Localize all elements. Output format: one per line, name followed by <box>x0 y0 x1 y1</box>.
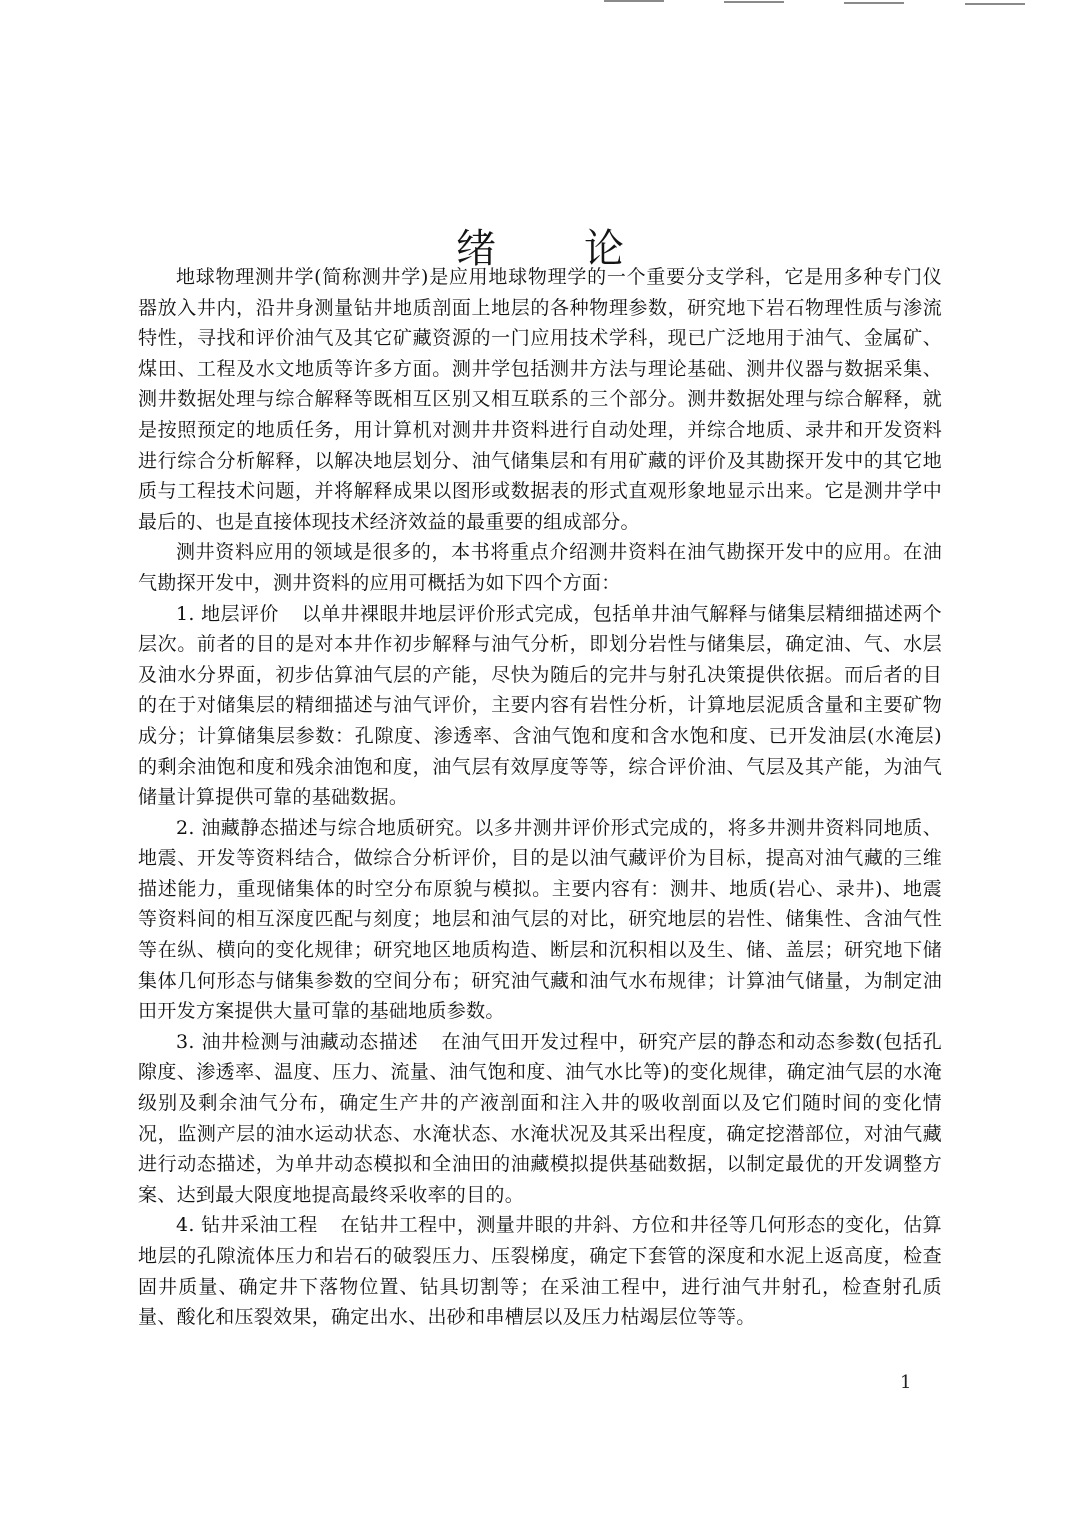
paragraph-item-2: 2. 油藏静态描述与综合地质研究。以多井测井评价形式完成的，将多井测井资料同地质… <box>138 813 942 1027</box>
paragraph-intro: 地球物理测井学(简称测井学)是应用地球物理学的一个重要分支学科，它是用多种专门仪… <box>138 262 942 537</box>
item-heading: 2. 油藏静态描述与综合地质研究。 <box>176 817 474 839</box>
paragraph-item-1: 1. 地层评价以单井裸眼井地层评价形式完成，包括单井油气解释与储集层精细描述两个… <box>138 599 942 813</box>
page-number: 1 <box>900 1372 911 1393</box>
top-rule-4 <box>965 3 1025 5</box>
paragraph-applications: 测井资料应用的领域是很多的，本书将重点介绍测井资料在油气勘探开发中的应用。在油气… <box>138 537 942 598</box>
top-rule-3 <box>844 2 904 4</box>
paragraph-item-3: 3. 油井检测与油藏动态描述在油气田开发过程中，研究产层的静态和动态参数(包括孔… <box>138 1027 942 1211</box>
item-heading: 1. 地层评价 <box>176 603 279 625</box>
top-rule-2 <box>724 1 784 3</box>
item-heading: 3. 油井检测与油藏动态描述 <box>176 1031 418 1053</box>
item-heading: 4. 钻井采油工程 <box>176 1214 318 1236</box>
body-text: 地球物理测井学(简称测井学)是应用地球物理学的一个重要分支学科，它是用多种专门仪… <box>138 262 942 1333</box>
paragraph-item-4: 4. 钻井采油工程在钻井工程中，测量井眼的井斜、方位和井径等几何形态的变化，估算… <box>138 1210 942 1332</box>
top-rule-1 <box>604 0 664 2</box>
